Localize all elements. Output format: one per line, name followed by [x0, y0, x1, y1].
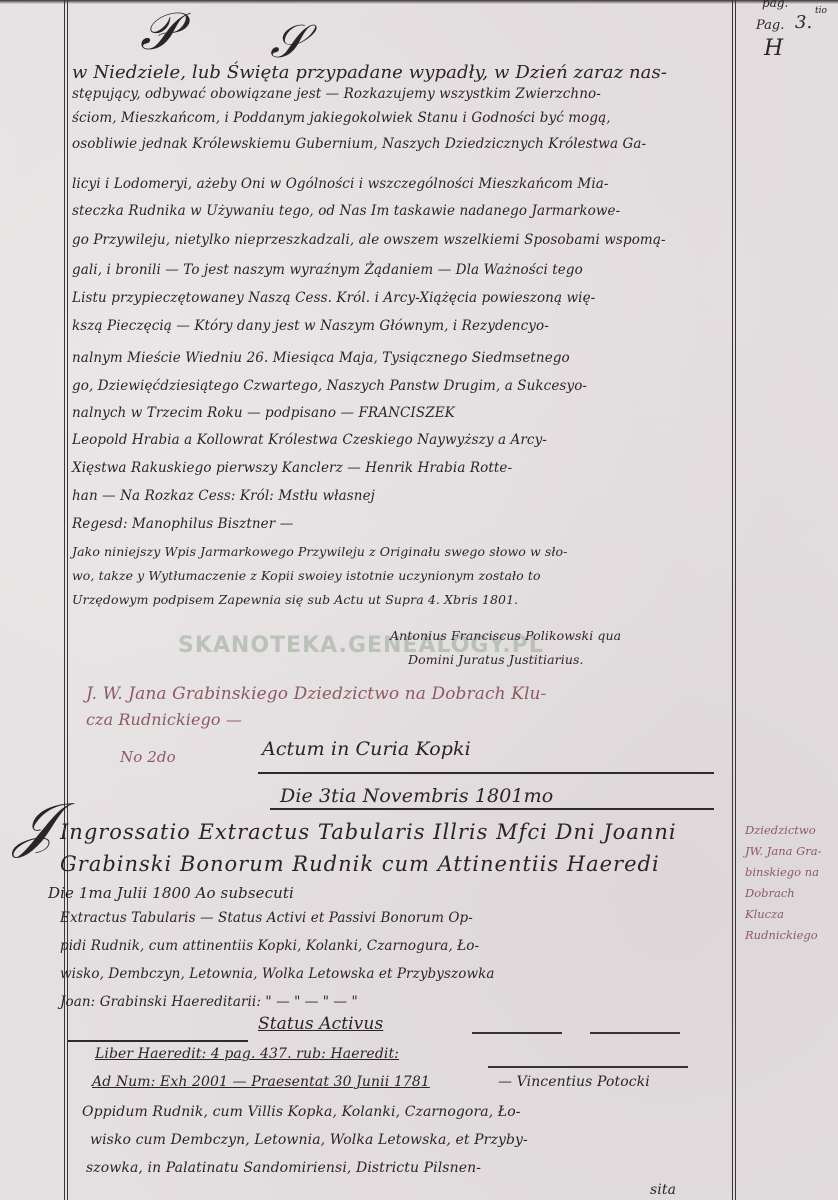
text-line: Regesd: Manophilus Bisztner —	[72, 516, 293, 532]
ingrossatio-line: pidi Rudnik, cum attinentiis Kopki, Kola…	[60, 938, 479, 954]
actum-date-underline	[270, 808, 714, 810]
text-line: wo, takze y Wytłumaczenie z Kopii swoiey…	[72, 568, 541, 583]
ingrossatio-line: wisko, Dembczyn, Letownia, Wolka Letowsk…	[60, 966, 495, 982]
left-margin-rule-inner	[67, 0, 68, 1200]
ingrossatio-line: Grabinski Bonorum Rudnik cum Attinentiis…	[60, 852, 660, 876]
blank-dash	[472, 1032, 562, 1034]
right-margin-rule	[732, 0, 733, 1200]
page-number: 3.	[795, 12, 812, 33]
entry-line: wisko cum Dembczyn, Letownia, Wolka Leto…	[90, 1132, 528, 1148]
entry-line: Oppidum Rudnik, cum Villis Kopka, Kolank…	[82, 1104, 521, 1120]
page-letter: H	[764, 36, 783, 61]
text-line: licyi i Lodomeryi, ażeby Oni w Ogólności…	[72, 176, 609, 192]
page-label: Pag.	[756, 18, 784, 33]
blank-dash	[488, 1066, 688, 1068]
entry-line: szowka, in Palatinatu Sandomiriensi, Dis…	[86, 1160, 481, 1176]
text-line: Listu przypieczętowaney Naszą Cess. Król…	[72, 290, 595, 306]
ruled-line	[68, 1040, 248, 1042]
actum-line: Actum in Curia Kopki	[262, 738, 471, 760]
actum-date: Die 3tia Novembris 1801mo	[280, 785, 553, 807]
text-line: gali, i bronili — To jest naszym wyraźny…	[72, 262, 583, 278]
blank-dash	[590, 1032, 680, 1034]
text-line: Urzędowym podpisem Zapewnia się sub Actu…	[72, 592, 518, 607]
flourish-capital-n: 𝒫	[140, 2, 178, 63]
heading-line: cza Rudnickiego —	[86, 710, 242, 729]
text-line: ściom, Mieszkańcom, i Poddanym jakiegoko…	[72, 110, 611, 126]
text-line: nalnym Mieście Wiedniu 26. Miesiąca Maja…	[72, 350, 570, 366]
text-line: steczka Rudnika w Używaniu tego, od Nas …	[72, 203, 620, 219]
margin-note-line: binskiego na	[745, 862, 835, 883]
ingrossatio-line: Ingrossatio Extractus Tabularis Illris M…	[60, 820, 677, 844]
text-line: han — Na Rozkaz Cess: Król: Mstłu własne…	[72, 488, 375, 504]
ingrossatio-line: Die 1ma Julii 1800 Ao subsecuti	[48, 884, 294, 902]
actum-underline	[258, 772, 714, 774]
heading-line: J. W. Jana Grabinskiego Dziedzictwo na D…	[86, 684, 546, 704]
ad-num-reference: Ad Num: Exh 2001 — Praesentat 30 Junii 1…	[92, 1074, 430, 1090]
signature-line: Antonius Franciscus Polikowski qua	[390, 628, 621, 643]
text-line: Jako niniejszy Wpis Jarmarkowego Przywil…	[72, 544, 567, 559]
entry-line: — Vincentius Potocki	[498, 1074, 650, 1090]
status-activus-heading: Status Activus	[258, 1014, 383, 1034]
text-line: nalnych w Trzecim Roku — podpisano — FRA…	[72, 405, 455, 421]
page-label-top: pag.	[762, 0, 788, 10]
text-line: stępujący, odbywać obowiązane jest — Roz…	[72, 86, 601, 102]
entry-number: No 2do	[120, 748, 176, 766]
margin-note: Dziedzictwo JW. Jana Gra- binskiego na D…	[745, 820, 835, 946]
right-margin-rule-outer	[735, 0, 736, 1200]
entry-line: sita	[650, 1182, 676, 1198]
text-line: w Niedziele, lub Święta przypadane wypad…	[72, 62, 667, 83]
page-number-superscript: tio	[815, 6, 827, 16]
scan-edge-shadow	[0, 0, 838, 4]
margin-note-line: Rudnickiego	[745, 925, 835, 946]
text-line: Leopold Hrabia a Kollowrat Królestwa Cze…	[72, 432, 547, 448]
margin-note-line: Dobrach Klucza	[745, 883, 835, 925]
ingrossatio-line: Extractus Tabularis — Status Activi et P…	[60, 910, 473, 926]
signature-line: Domini Juratus Justitiarius.	[408, 652, 584, 667]
text-line: kszą Pieczęcią — Który dany jest w Naszy…	[72, 318, 549, 334]
left-margin-rule	[64, 0, 65, 1200]
text-line: osobliwie jednak Królewskiemu Gubernium,…	[72, 136, 646, 152]
liber-reference: Liber Haeredit: 4 pag. 437. rub: Haeredi…	[95, 1046, 399, 1062]
text-line: go Przywileju, nietylko nieprzeszkadzali…	[72, 232, 666, 248]
text-line: go, Dziewięćdziesiątego Czwartego, Naszy…	[72, 378, 587, 394]
margin-note-line: JW. Jana Gra-	[745, 841, 835, 862]
ingrossatio-line: Joan: Grabinski Haereditarii: " — " — " …	[60, 994, 358, 1010]
margin-note-line: Dziedzictwo	[745, 820, 835, 841]
text-line: Xięstwa Rakuskiego pierwszy Kanclerz — H…	[72, 460, 512, 476]
flourish-capital-i: 𝒥	[14, 790, 55, 860]
